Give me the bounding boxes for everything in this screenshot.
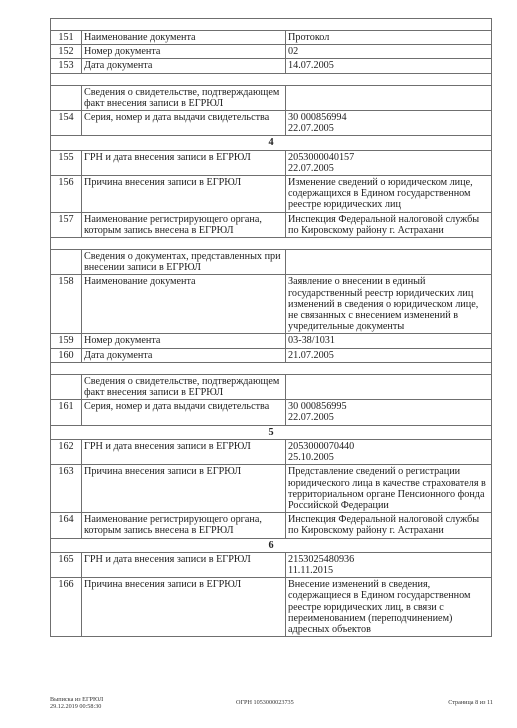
field-label: Наименование регистрирующего органа, кот… [82, 212, 286, 237]
table-row: 152Номер документа02 [51, 45, 492, 59]
row-number: 162 [51, 439, 82, 464]
table-row: 160Дата документа21.07.2005 [51, 348, 492, 362]
field-label: Серия, номер и дата выдачи свидетельства [82, 400, 286, 425]
table-row: 158Наименование документаЗаявление о вне… [51, 275, 492, 334]
field-label: ГРН и дата внесения записи в ЕГРЮЛ [82, 439, 286, 464]
table-row: 162ГРН и дата внесения записи в ЕГРЮЛ205… [51, 439, 492, 464]
field-label: ГРН и дата внесения записи в ЕГРЮЛ [82, 150, 286, 175]
spacer-cell [51, 73, 492, 85]
field-value: Внесение изменений в сведения, содержащи… [286, 578, 492, 637]
field-value: 02 [286, 45, 492, 59]
row-number: 152 [51, 45, 82, 59]
row-number: 165 [51, 552, 82, 577]
field-label: Причина внесения записи в ЕГРЮЛ [82, 578, 286, 637]
field-label: Наименование регистрирующего органа, кот… [82, 513, 286, 538]
field-label: Причина внесения записи в ЕГРЮЛ [82, 176, 286, 213]
table-row: 159Номер документа03-38/1031 [51, 334, 492, 348]
spacer-row [51, 362, 492, 374]
field-label: Наименование документа [82, 275, 286, 334]
field-value: Протокол [286, 31, 492, 45]
subheader-row: Сведения о свидетельстве, подтверждающем… [51, 85, 492, 110]
row-number: 157 [51, 212, 82, 237]
section-header-row: 5 [51, 425, 492, 439]
footer-ogrn: ОГРН 1053000023735 [236, 699, 294, 706]
footer-document-datetime: 29.12.2019 00:58:30 [50, 703, 103, 710]
row-number: 156 [51, 176, 82, 213]
row-number: 151 [51, 31, 82, 45]
field-label: Номер документа [82, 334, 286, 348]
subheader-row: Сведения о свидетельстве, подтверждающем… [51, 374, 492, 399]
field-value: Заявление о внесении в единый государств… [286, 275, 492, 334]
table-row: 153Дата документа14.07.2005 [51, 59, 492, 73]
table-row: 156Причина внесения записи в ЕГРЮЛИзмене… [51, 176, 492, 213]
field-value [286, 85, 492, 110]
spacer-cell [51, 19, 492, 31]
field-value: 30 000856995 22.07.2005 [286, 400, 492, 425]
spacer-row [51, 238, 492, 250]
field-value: 2053000040157 22.07.2005 [286, 150, 492, 175]
table-row: 161Серия, номер и дата выдачи свидетельс… [51, 400, 492, 425]
table-row: 155ГРН и дата внесения записи в ЕГРЮЛ205… [51, 150, 492, 175]
table-row: 151Наименование документаПротокол [51, 31, 492, 45]
table-row: 154Серия, номер и дата выдачи свидетельс… [51, 111, 492, 136]
subheader-label: Сведения о свидетельстве, подтверждающем… [82, 374, 286, 399]
egrul-extract-table: 151Наименование документаПротокол152Номе… [50, 18, 492, 637]
field-value: 21.07.2005 [286, 348, 492, 362]
field-label: Причина внесения записи в ЕГРЮЛ [82, 465, 286, 513]
row-number: 163 [51, 465, 82, 513]
spacer-row [51, 19, 492, 31]
field-label: Номер документа [82, 45, 286, 59]
section-number: 5 [51, 425, 492, 439]
footer-document-info: Выписка из ЕГРЮЛ 29.12.2019 00:58:30 [50, 696, 103, 710]
row-number: 154 [51, 111, 82, 136]
field-value: Инспекция Федеральной налоговой службы п… [286, 513, 492, 538]
subheader-row: Сведения о документах, представленных пр… [51, 250, 492, 275]
field-value: Представление сведений о регистрации юри… [286, 465, 492, 513]
row-number: 161 [51, 400, 82, 425]
field-value [286, 250, 492, 275]
table-row: 164Наименование регистрирующего органа, … [51, 513, 492, 538]
field-label: Дата документа [82, 59, 286, 73]
row-number: 155 [51, 150, 82, 175]
table-row: 166Причина внесения записи в ЕГРЮЛВнесен… [51, 578, 492, 637]
row-number: 166 [51, 578, 82, 637]
field-value [286, 374, 492, 399]
table-row: 165ГРН и дата внесения записи в ЕГРЮЛ215… [51, 552, 492, 577]
spacer-cell [51, 238, 492, 250]
field-value: 2053000070440 25.10.2005 [286, 439, 492, 464]
footer-document-title: Выписка из ЕГРЮЛ [50, 696, 103, 703]
field-label: Наименование документа [82, 31, 286, 45]
field-label: Дата документа [82, 348, 286, 362]
document-page: 151Наименование документаПротокол152Номе… [0, 0, 517, 728]
spacer-row [51, 73, 492, 85]
field-value: Изменение сведений о юридическом лице, с… [286, 176, 492, 213]
field-label: ГРН и дата внесения записи в ЕГРЮЛ [82, 552, 286, 577]
row-number [51, 374, 82, 399]
section-header-row: 6 [51, 538, 492, 552]
row-number: 159 [51, 334, 82, 348]
spacer-cell [51, 362, 492, 374]
row-number: 158 [51, 275, 82, 334]
section-number: 4 [51, 136, 492, 150]
table-row: 157Наименование регистрирующего органа, … [51, 212, 492, 237]
field-value: 2153025480936 11.11.2015 [286, 552, 492, 577]
field-value: 03-38/1031 [286, 334, 492, 348]
field-value: 14.07.2005 [286, 59, 492, 73]
subheader-label: Сведения о документах, представленных пр… [82, 250, 286, 275]
row-number [51, 85, 82, 110]
field-label: Серия, номер и дата выдачи свидетельства [82, 111, 286, 136]
row-number: 160 [51, 348, 82, 362]
footer-page-number: Страница 8 из 11 [448, 699, 493, 706]
row-number: 164 [51, 513, 82, 538]
subheader-label: Сведения о свидетельстве, подтверждающем… [82, 85, 286, 110]
section-number: 6 [51, 538, 492, 552]
field-value: Инспекция Федеральной налоговой службы п… [286, 212, 492, 237]
table-row: 163Причина внесения записи в ЕГРЮЛПредст… [51, 465, 492, 513]
row-number: 153 [51, 59, 82, 73]
field-value: 30 000856994 22.07.2005 [286, 111, 492, 136]
section-header-row: 4 [51, 136, 492, 150]
row-number [51, 250, 82, 275]
